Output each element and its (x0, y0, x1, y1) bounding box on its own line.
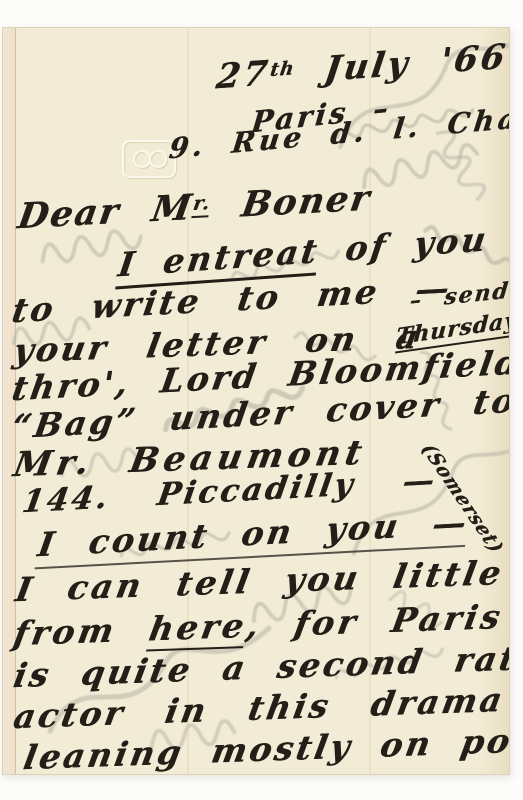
here-pre-text: from (11, 609, 153, 653)
dateline-ordinal: th (269, 57, 296, 81)
scanned-letter-background: 27th July '66 Paris – 9. Rue d. l. Chais… (0, 0, 523, 800)
dateline-day: 27 (214, 53, 273, 97)
letter-paper: 27th July '66 Paris – 9. Rue d. l. Chais… (2, 27, 510, 775)
salutation-name: Boner (206, 177, 374, 227)
here-underlined-text: here (145, 606, 250, 652)
